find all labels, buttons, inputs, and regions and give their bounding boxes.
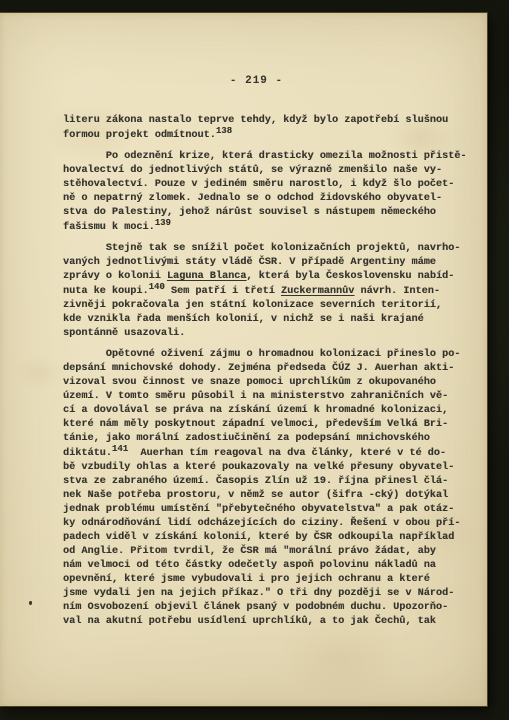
text-segment: formou projekt odmítnout.	[63, 130, 216, 141]
text-segment: ním Osvobození objevil článek psaný v po…	[63, 602, 448, 613]
text-line: padech viděl v získání kolonií, které by…	[63, 531, 463, 545]
text-line: nuta ke koupi.140 Sem patří i třetí Zuck…	[63, 284, 463, 299]
text-segment: vaných jednotlivými státy vládě ČSR. V p…	[63, 257, 436, 268]
text-line: kde vznikla řada menších kolonií, v nich…	[63, 313, 463, 327]
text-segment: hovalectví do jednotlivých států, se výr…	[63, 165, 442, 176]
text-segment: Po odeznění krize, která drasticky omezi…	[63, 151, 467, 162]
footnote-ref: 141	[112, 444, 128, 454]
text-line: od Anglie. Přitom tvrdil, že ČSR má "mor…	[63, 545, 463, 559]
page-number: - 219 -	[63, 75, 450, 87]
text-line: ky odnárodňování lidí odcházejících do c…	[63, 517, 463, 531]
text-segment: , která byla Československu nabíd-	[246, 271, 454, 282]
text-line: ně o nepatrný zlomek. Jednalo se o odcho…	[63, 192, 463, 206]
text-line: nek Naše potřeba prostoru, v němž se aut…	[63, 489, 463, 503]
text-segment: Opětovné oživení zájmu o hromadnou kolon…	[63, 349, 460, 360]
text-segment: ně o nepatrný zlomek. Jednalo se o odcho…	[63, 193, 442, 204]
text-segment: zprávy o kolonii	[63, 271, 167, 282]
text-line: jednak problému umístění "přebytečného o…	[63, 503, 463, 517]
text-segment: literu zákona nastalo teprve tehdy, když…	[63, 115, 448, 126]
text-line: Stejně tak se snížil počet kolonizačních…	[63, 242, 463, 256]
text-segment: padech viděl v získání kolonií, které by…	[63, 532, 454, 543]
text-line: spontánně usazovali.	[63, 327, 463, 341]
text-line: stva ze zabraného území. Časopis Zlín už…	[63, 475, 463, 489]
text-segment: nek Naše potřeba prostoru, v němž se aut…	[63, 490, 448, 501]
text-segment: jednak problému umístění "přebytečného o…	[63, 504, 454, 515]
text-segment: depsání mnichovské dohody. Zejména předs…	[63, 363, 454, 374]
text-segment: návrh. Inten-	[354, 286, 440, 297]
text-segment: Auerhan tím reagoval na dva články, kter…	[128, 448, 446, 459]
text-line: val na akutní potřebu usídlení uprchlíků…	[63, 615, 463, 629]
text-line: stěhovalectví. Pouze v jediném směru nar…	[63, 178, 463, 192]
text-segment: zivněji pokračovala jen státní kolonizac…	[63, 300, 442, 311]
text-line: stva do Palestiny, jehož nárůst souvisel…	[63, 206, 463, 220]
text-segment: jsme vydali jen na jejich příkaz." O tři…	[63, 588, 454, 599]
text-line: fašismu k moci.139	[63, 220, 463, 235]
text-line: diktátu.141 Auerhan tím reagoval na dva …	[63, 446, 463, 461]
text-segment: spontánně usazovali.	[63, 328, 185, 339]
text-segment: stěhovalectví. Pouze v jediném směru nar…	[63, 179, 454, 190]
text-line: vizoval svou činnost ve snaze pomoci upr…	[63, 376, 463, 390]
underlined-title: Zuckermannův	[281, 286, 354, 297]
text-segment: Stejně tak se snížil počet kolonizačních…	[63, 243, 460, 254]
text-line: jsme vydali jen na jejich příkaz." O tři…	[63, 587, 463, 601]
text-line: nám velmoci od této částky odečetly aspo…	[63, 559, 463, 573]
text-line: ním Osvobození objevil článek psaný v po…	[63, 601, 463, 615]
text-line: Opětovné oživení zájmu o hromadnou kolon…	[63, 348, 463, 362]
text-segment: opevnění, které jsme vybudovali i pro je…	[63, 574, 430, 585]
footnote-ref: 140	[149, 282, 165, 292]
text-line: které nám měly poskytnout západní velmoc…	[63, 418, 463, 432]
text-line: vaných jednotlivými státy vládě ČSR. V p…	[63, 256, 463, 270]
text-segment: bě vzbudily ohlas a které poukazovaly na…	[63, 462, 454, 473]
text-segment: fašismu k moci.	[63, 222, 155, 233]
text-segment: od Anglie. Přitom tvrdil, že ČSR má "mor…	[63, 546, 436, 557]
text-segment: které nám měly poskytnout západní velmoc…	[63, 419, 448, 430]
text-segment: nuta ke koupi.	[63, 286, 149, 297]
text-segment: kde vznikla řada menších kolonií, v nich…	[63, 314, 424, 325]
underlined-title: Laguna Blanca	[167, 271, 246, 282]
text-line: formou projekt odmítnout.138	[63, 128, 463, 143]
text-line: Po odeznění krize, která drasticky omezi…	[63, 150, 463, 164]
ink-speck	[29, 601, 32, 605]
text-segment: ky odnárodňování lidí odcházejících do c…	[63, 518, 460, 529]
text-line: zprávy o kolonii Laguna Blanca, která by…	[63, 270, 463, 284]
text-segment: val na akutní potřebu usídlení uprchlíků…	[63, 616, 436, 627]
text-line: opevnění, které jsme vybudovali i pro je…	[63, 573, 463, 587]
text-line: literu zákona nastalo teprve tehdy, když…	[63, 114, 463, 128]
footnote-ref: 138	[216, 126, 232, 136]
text-segment: tánie, jako morální zadostiučinění za po…	[63, 433, 430, 444]
text-line: zivněji pokračovala jen státní kolonizac…	[63, 299, 463, 313]
text-segment: vizoval svou činnost ve snaze pomoci upr…	[63, 377, 436, 388]
footnote-ref: 139	[155, 218, 171, 228]
text-line: hovalectví do jednotlivých států, se výr…	[63, 164, 463, 178]
text-segment: stva do Palestiny, jehož nárůst souvisel…	[63, 207, 436, 218]
text-line: depsání mnichovské dohody. Zejména předs…	[63, 362, 463, 376]
text-line: bě vzbudily ohlas a které poukazovaly na…	[63, 461, 463, 475]
text-segment: diktátu.	[63, 448, 112, 459]
text-segment: cí a dovolával se práva na získání území…	[63, 405, 448, 416]
text-segment: území. V tomto směru působil i na minist…	[63, 391, 448, 402]
text-segment: stva ze zabraného území. Časopis Zlín už…	[63, 476, 448, 487]
text-segment: Sem patří i třetí	[165, 286, 281, 297]
text-line: cí a dovolával se práva na získání území…	[63, 404, 463, 418]
document-page: - 219 - literu zákona nastalo teprve teh…	[0, 13, 487, 706]
text-segment: nám velmoci od této částky odečetly aspo…	[63, 560, 436, 571]
page-body: literu zákona nastalo teprve tehdy, když…	[63, 114, 463, 629]
text-line: území. V tomto směru působil i na minist…	[63, 390, 463, 404]
